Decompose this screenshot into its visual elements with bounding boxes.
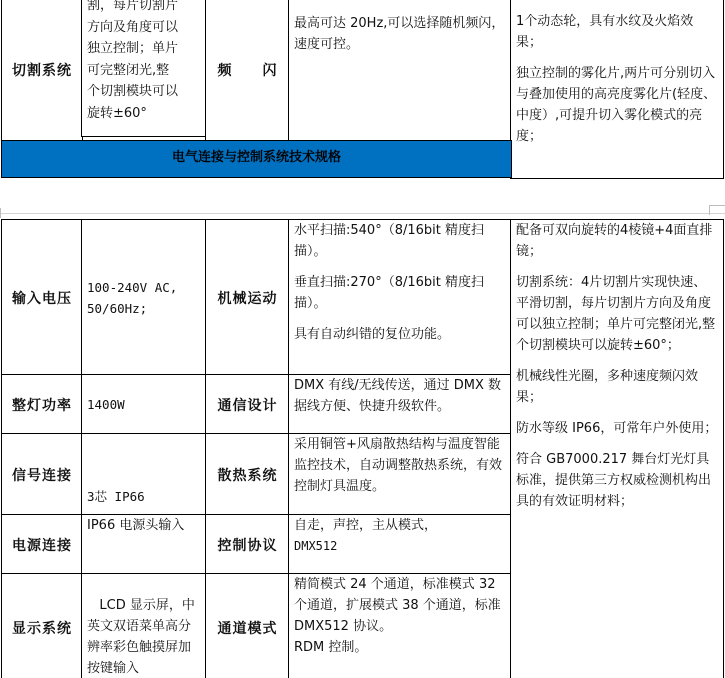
- channel-mode-value: 精简模式 24 个通道，标准模式 32 个通道，扩展模式 38 个通道，标准 D…: [288, 573, 512, 678]
- upper-right-para-0: 1个动态轮，具有水纹及火焰效果；: [516, 11, 718, 53]
- cooling-system-label: 散热系统: [205, 433, 290, 516]
- cutting-line-3: 可完整闭光,整: [87, 60, 201, 82]
- input-voltage-line-0: 100-240V AC,: [87, 277, 201, 298]
- page-separator: [0, 213, 725, 214]
- control-protocol-line-1: DMX512: [294, 536, 506, 557]
- upper-right-para-1: 独立控制的雾化片,两片可分别切入与叠加使用的高亮度雾化片(轻度、中度）,可提升切…: [516, 63, 718, 147]
- channel-mode-line-0: 精简模式 24 个通道，标准模式 32 个通道，扩展模式 38 个通道，标准 D…: [294, 574, 506, 637]
- control-protocol-line-0: 自走，声控，主从模式，: [294, 515, 506, 536]
- input-voltage-value: 100-240V AC, 50/60Hz;: [81, 219, 207, 376]
- cooling-system-label-text: 散热系统: [218, 465, 278, 485]
- tilt-scan-text: 垂直扫描:270°（8/16bit 精度扫描）。: [294, 272, 506, 314]
- control-protocol-label-text: 控制协议: [218, 535, 278, 555]
- channel-mode-label-text: 通道模式: [218, 618, 278, 638]
- channel-mode-line-1: RDM 控制。: [294, 637, 506, 658]
- lower-right-para-2: 机械线性光圈，多种速度频闪效果；: [516, 366, 718, 408]
- power-connection-label: 电源连接: [1, 514, 83, 575]
- cutting-line-2: 独立控制；单片: [87, 38, 201, 60]
- display-system-value-text: LCD 显示屏，中英文双语菜单高分辨率彩色触摸屏加按键输入: [87, 598, 195, 676]
- total-power-value-text: 1400W: [87, 394, 125, 415]
- section-banner: 电气连接与控制系统技术规格: [1, 140, 512, 178]
- strobe-label-text: 频 闪: [218, 60, 278, 80]
- mechanical-motion-value: 水平扫描:540°（8/16bit 精度扫描）。 垂直扫描:270°（8/16b…: [288, 219, 512, 376]
- display-system-label-text: 显示系统: [12, 618, 72, 638]
- signal-connection-label: 信号连接: [1, 433, 83, 516]
- cutting-line-0: 割，每片切割片: [87, 0, 201, 17]
- display-system-label: 显示系统: [1, 573, 83, 678]
- lower-right-para-0: 配备可双向旋转的4棱镜+4面直排镜；: [516, 220, 718, 262]
- signal-connection-label-text: 信号连接: [12, 465, 72, 485]
- lower-right-para-1: 切割系统：4片切割片实现快速、平滑切割，每片切割片方向及角度可以独立控制；单片可…: [516, 272, 718, 356]
- cutting-line-1: 方向及角度可以: [87, 17, 201, 39]
- signal-connection-value: 3芯 IP66 XLR 输入/输出: [81, 433, 207, 516]
- page-corner-mark-right: [709, 205, 725, 215]
- lower-right-column: 配备可双向旋转的4棱镜+4面直排镜； 切割系统：4片切割片实现快速、平滑切割，每…: [510, 219, 724, 678]
- power-connection-label-text: 电源连接: [12, 535, 72, 555]
- control-protocol-value: 自走，声控，主从模式， DMX512: [288, 514, 512, 575]
- pan-scan-text: 水平扫描:540°（8/16bit 精度扫描）。: [294, 220, 506, 262]
- cutting-system-value: 割，每片切割片 方向及角度可以 独立控制；单片 可完整闭光,整 个切割模块可以 …: [81, 0, 207, 137]
- cutting-line-4: 个切割模块可以: [87, 81, 201, 103]
- input-voltage-label: 输入电压: [1, 219, 83, 376]
- mechanical-motion-label-text: 机械运动: [218, 288, 278, 308]
- communication-value: DMX 有线/无线传送，通过 DMX 数据线方便、快捷升级软件。: [288, 374, 512, 435]
- display-system-value: LCD 显示屏，中英文双语菜单高分辨率彩色触摸屏加按键输入: [81, 573, 207, 678]
- power-connection-value: IP66 电源头输入: [81, 514, 207, 575]
- section-banner-title: 电气连接与控制系统技术规格: [172, 150, 341, 165]
- page-corner-mark-left: [0, 208, 3, 218]
- channel-mode-label: 通道模式: [205, 573, 290, 678]
- strobe-value: 最高可达 20Hz,可以选择随机频闪，速度可控。: [288, 0, 512, 141]
- strobe-value-text: 最高可达 20Hz,可以选择随机频闪，速度可控。: [294, 16, 504, 52]
- cutting-system-label-text: 切割系统: [12, 60, 72, 80]
- control-protocol-label: 控制协议: [205, 514, 290, 575]
- signal-connection-line-0: 3芯 IP66: [87, 486, 201, 507]
- total-power-value: 1400W: [81, 374, 207, 435]
- total-power-label-text: 整灯功率: [12, 395, 72, 415]
- auto-reset-text: 具有自动纠错的复位功能。: [294, 324, 506, 345]
- input-voltage-line-1: 50/60Hz;: [87, 298, 201, 319]
- mechanical-motion-label: 机械运动: [205, 219, 290, 376]
- cooling-system-value-text: 采用铜管+风扇散热结构与温度智能监控技术，自动调整散热系统，有效控制灯具温度。: [294, 437, 502, 494]
- strobe-label: 频 闪: [205, 0, 290, 141]
- upper-right-column: 1个动态轮，具有水纹及火焰效果； 独立控制的雾化片,两片可分别切入与叠加使用的高…: [510, 0, 724, 179]
- lower-right-para-3: 防水等级 IP66，可常年户外使用；: [516, 418, 718, 439]
- total-power-label: 整灯功率: [1, 374, 83, 435]
- input-voltage-label-text: 输入电压: [12, 288, 72, 308]
- communication-value-text: DMX 有线/无线传送，通过 DMX 数据线方便、快捷升级软件。: [294, 378, 501, 414]
- communication-label-text: 通信设计: [218, 395, 278, 415]
- cutting-system-label: 切割系统: [1, 0, 83, 141]
- lower-right-para-4: 符合 GB7000.217 舞台灯光灯具标准，提供第三方权威检测机构出具的有效证…: [516, 449, 718, 512]
- cutting-line-5: 旋转±60°: [87, 103, 201, 125]
- communication-label: 通信设计: [205, 374, 290, 435]
- power-connection-value-text: IP66 电源头输入: [87, 518, 184, 533]
- cooling-system-value: 采用铜管+风扇散热结构与温度智能监控技术，自动调整散热系统，有效控制灯具温度。: [288, 433, 512, 516]
